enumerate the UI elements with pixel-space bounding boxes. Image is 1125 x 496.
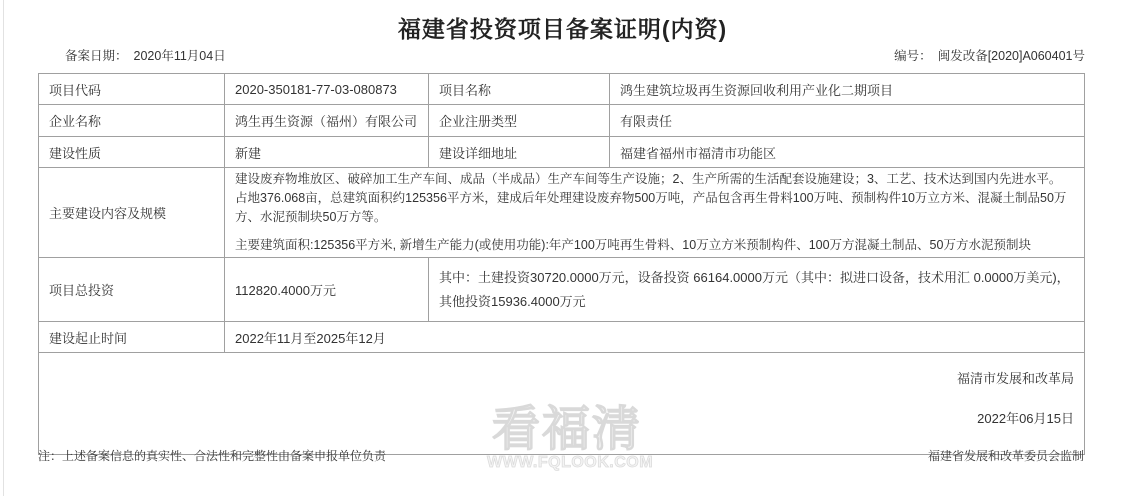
value-main-content: 建设废弃物堆放区、破碎加工生产车间、成品（半成品）生产车间等生产设施；2、生产所… [225,168,1085,258]
table-row: 主要建设内容及规模 建设废弃物堆放区、破碎加工生产车间、成品（半成品）生产车间等… [39,168,1085,258]
signature-cell: 福清市发展和改革局 2022年06月15日 [39,353,1085,455]
value-company-name: 鸿生再生资源（福州）有限公司 [225,105,429,137]
page-edge-divider [3,0,4,496]
value-construction-nature: 新建 [225,137,429,168]
label-project-name: 项目名称 [429,74,610,105]
filing-date-value: 2020年11月04日 [134,49,226,63]
value-construction-period: 2022年11月至2025年12月 [225,322,1085,353]
meta-row: 备案日期：2020年11月04日 编号：闽发改备[2020]A060401号 [65,46,1085,64]
serial-number: 编号：闽发改备[2020]A060401号 [894,46,1085,64]
table-row: 项目代码 2020-350181-77-03-080873 项目名称 鸿生建筑垃… [39,74,1085,105]
serial-label: 编号： [894,49,932,63]
label-project-code: 项目代码 [39,74,225,105]
table-row: 项目总投资 112820.4000万元 其中：土建投资30720.0000万元，… [39,258,1085,322]
value-construction-address: 福建省福州市福清市功能区 [610,137,1085,168]
footer-note: 注：上述备案信息的真实性、合法性和完整性由备案申报单位负责 [38,447,386,464]
footer-row: 注：上述备案信息的真实性、合法性和完整性由备案申报单位负责 福建省发展和改革委员… [38,447,1084,464]
label-construction-nature: 建设性质 [39,137,225,168]
value-project-code: 2020-350181-77-03-080873 [225,74,429,105]
label-construction-address: 建设详细地址 [429,137,610,168]
label-main-content: 主要建设内容及规模 [39,168,225,258]
authority-date: 2022年06月15日 [49,408,1074,427]
detail-total-investment: 其中：土建投资30720.0000万元，设备投资 66164.0000万元（其中… [429,258,1085,322]
main-content-paragraph-1: 建设废弃物堆放区、破碎加工生产车间、成品（半成品）生产车间等生产设施；2、生产所… [235,170,1074,227]
filing-date: 备案日期：2020年11月04日 [65,46,226,64]
value-project-name: 鸿生建筑垃圾再生资源回收利用产业化二期项目 [610,74,1085,105]
label-company-reg-type: 企业注册类型 [429,105,610,137]
table-row: 企业名称 鸿生再生资源（福州）有限公司 企业注册类型 有限责任 [39,105,1085,137]
value-total-investment: 112820.4000万元 [225,258,429,322]
authority-name: 福清市发展和改革局 [49,368,1074,387]
value-company-reg-type: 有限责任 [610,105,1085,137]
label-construction-period: 建设起止时间 [39,322,225,353]
table-row: 建设性质 新建 建设详细地址 福建省福州市福清市功能区 [39,137,1085,168]
main-content-paragraph-2: 主要建筑面积:125356平方米, 新增生产能力(或使用功能):年产100万吨再… [235,236,1074,255]
page-title: 福建省投资项目备案证明(内资) [0,11,1125,44]
certificate-page: 福建省投资项目备案证明(内资) 备案日期：2020年11月04日 编号：闽发改备… [0,0,1125,496]
label-company-name: 企业名称 [39,105,225,137]
certificate-table: 项目代码 2020-350181-77-03-080873 项目名称 鸿生建筑垃… [38,73,1085,455]
table-row: 建设起止时间 2022年11月至2025年12月 [39,322,1085,353]
table-row: 福清市发展和改革局 2022年06月15日 [39,353,1085,455]
footer-supervisor: 福建省发展和改革委员会监制 [928,447,1084,464]
serial-value: 闽发改备[2020]A060401号 [938,49,1085,63]
label-total-investment: 项目总投资 [39,258,225,322]
filing-date-label: 备案日期： [65,49,128,63]
